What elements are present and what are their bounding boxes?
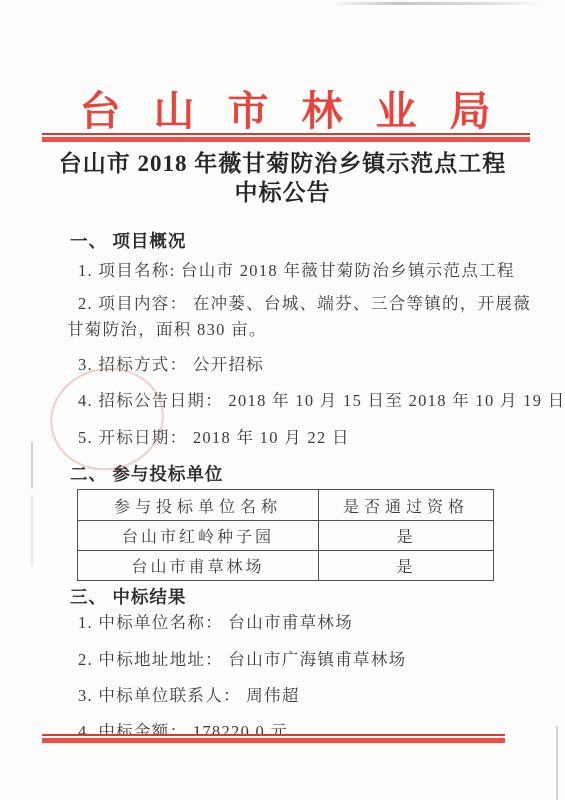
bidder-qualified-cell: 是 — [319, 551, 494, 581]
section-overview-heading: 一、 项目概况 — [70, 228, 186, 253]
doc-title: 台山市 2018 年薇甘菊防治乡镇示范点工程 中标公告 — [35, 149, 530, 207]
org-title: 台山市林业局 — [40, 78, 530, 137]
footer-double-rule — [42, 734, 505, 743]
table-row: 台山市甫草林场 是 — [78, 551, 494, 581]
scan-smudge-top — [330, 2, 545, 5]
scanned-document-page: 台山市林业局 台山市 2018 年薇甘菊防治乡镇示范点工程 中标公告 一、 项目… — [0, 0, 565, 800]
result-item-contact-person: 3. 中标单位联系人： 周伟超 — [78, 682, 300, 706]
project-content-line1: 2. 项目内容： 在冲蒌、台城、端芬、三合等镇的，开展薇 — [67, 291, 529, 317]
overview-item-project-name: 1. 项目名称: 台山市 2018 年薇甘菊防治乡镇示范点工程 — [78, 257, 515, 281]
doc-title-line1: 台山市 2018 年薇甘菊防治乡镇示范点工程 — [35, 149, 530, 178]
bidders-table: 参与投标单位名称 是否通过资格 台山市红岭种子园 是 台山市甫草林场 是 — [77, 489, 494, 581]
result-item-winner-address: 2. 中标地址地址： 台山市广海镇甫草林场 — [78, 646, 406, 670]
scan-edge-right — [556, 726, 558, 800]
header-double-rule — [42, 133, 530, 142]
scan-edge-left — [31, 442, 33, 488]
bidders-table-header-row: 参与投标单位名称 是否通过资格 — [78, 490, 494, 521]
doc-title-line2: 中标公告 — [35, 178, 530, 207]
bidder-name-cell: 台山市红岭种子园 — [78, 521, 319, 551]
result-item-winner-name: 1. 中标单位名称： 台山市甫草林场 — [78, 609, 353, 633]
bidders-table-col-qualified-header: 是否通过资格 — [319, 490, 494, 521]
table-row: 台山市红岭种子园 是 — [78, 521, 494, 551]
bidder-qualified-cell: 是 — [319, 521, 494, 551]
bidder-name-cell: 台山市甫草林场 — [78, 551, 319, 581]
scan-edge-left-2 — [31, 495, 33, 565]
overview-item-project-content: 2. 项目内容： 在冲蒌、台城、端芬、三合等镇的，开展薇 甘菊防治，面积 830… — [67, 291, 529, 343]
project-content-line2: 甘菊防治，面积 830 亩。 — [67, 317, 529, 343]
section-result-heading: 三、 中标结果 — [70, 584, 186, 609]
bidders-table-col-name-header: 参与投标单位名称 — [78, 490, 319, 521]
